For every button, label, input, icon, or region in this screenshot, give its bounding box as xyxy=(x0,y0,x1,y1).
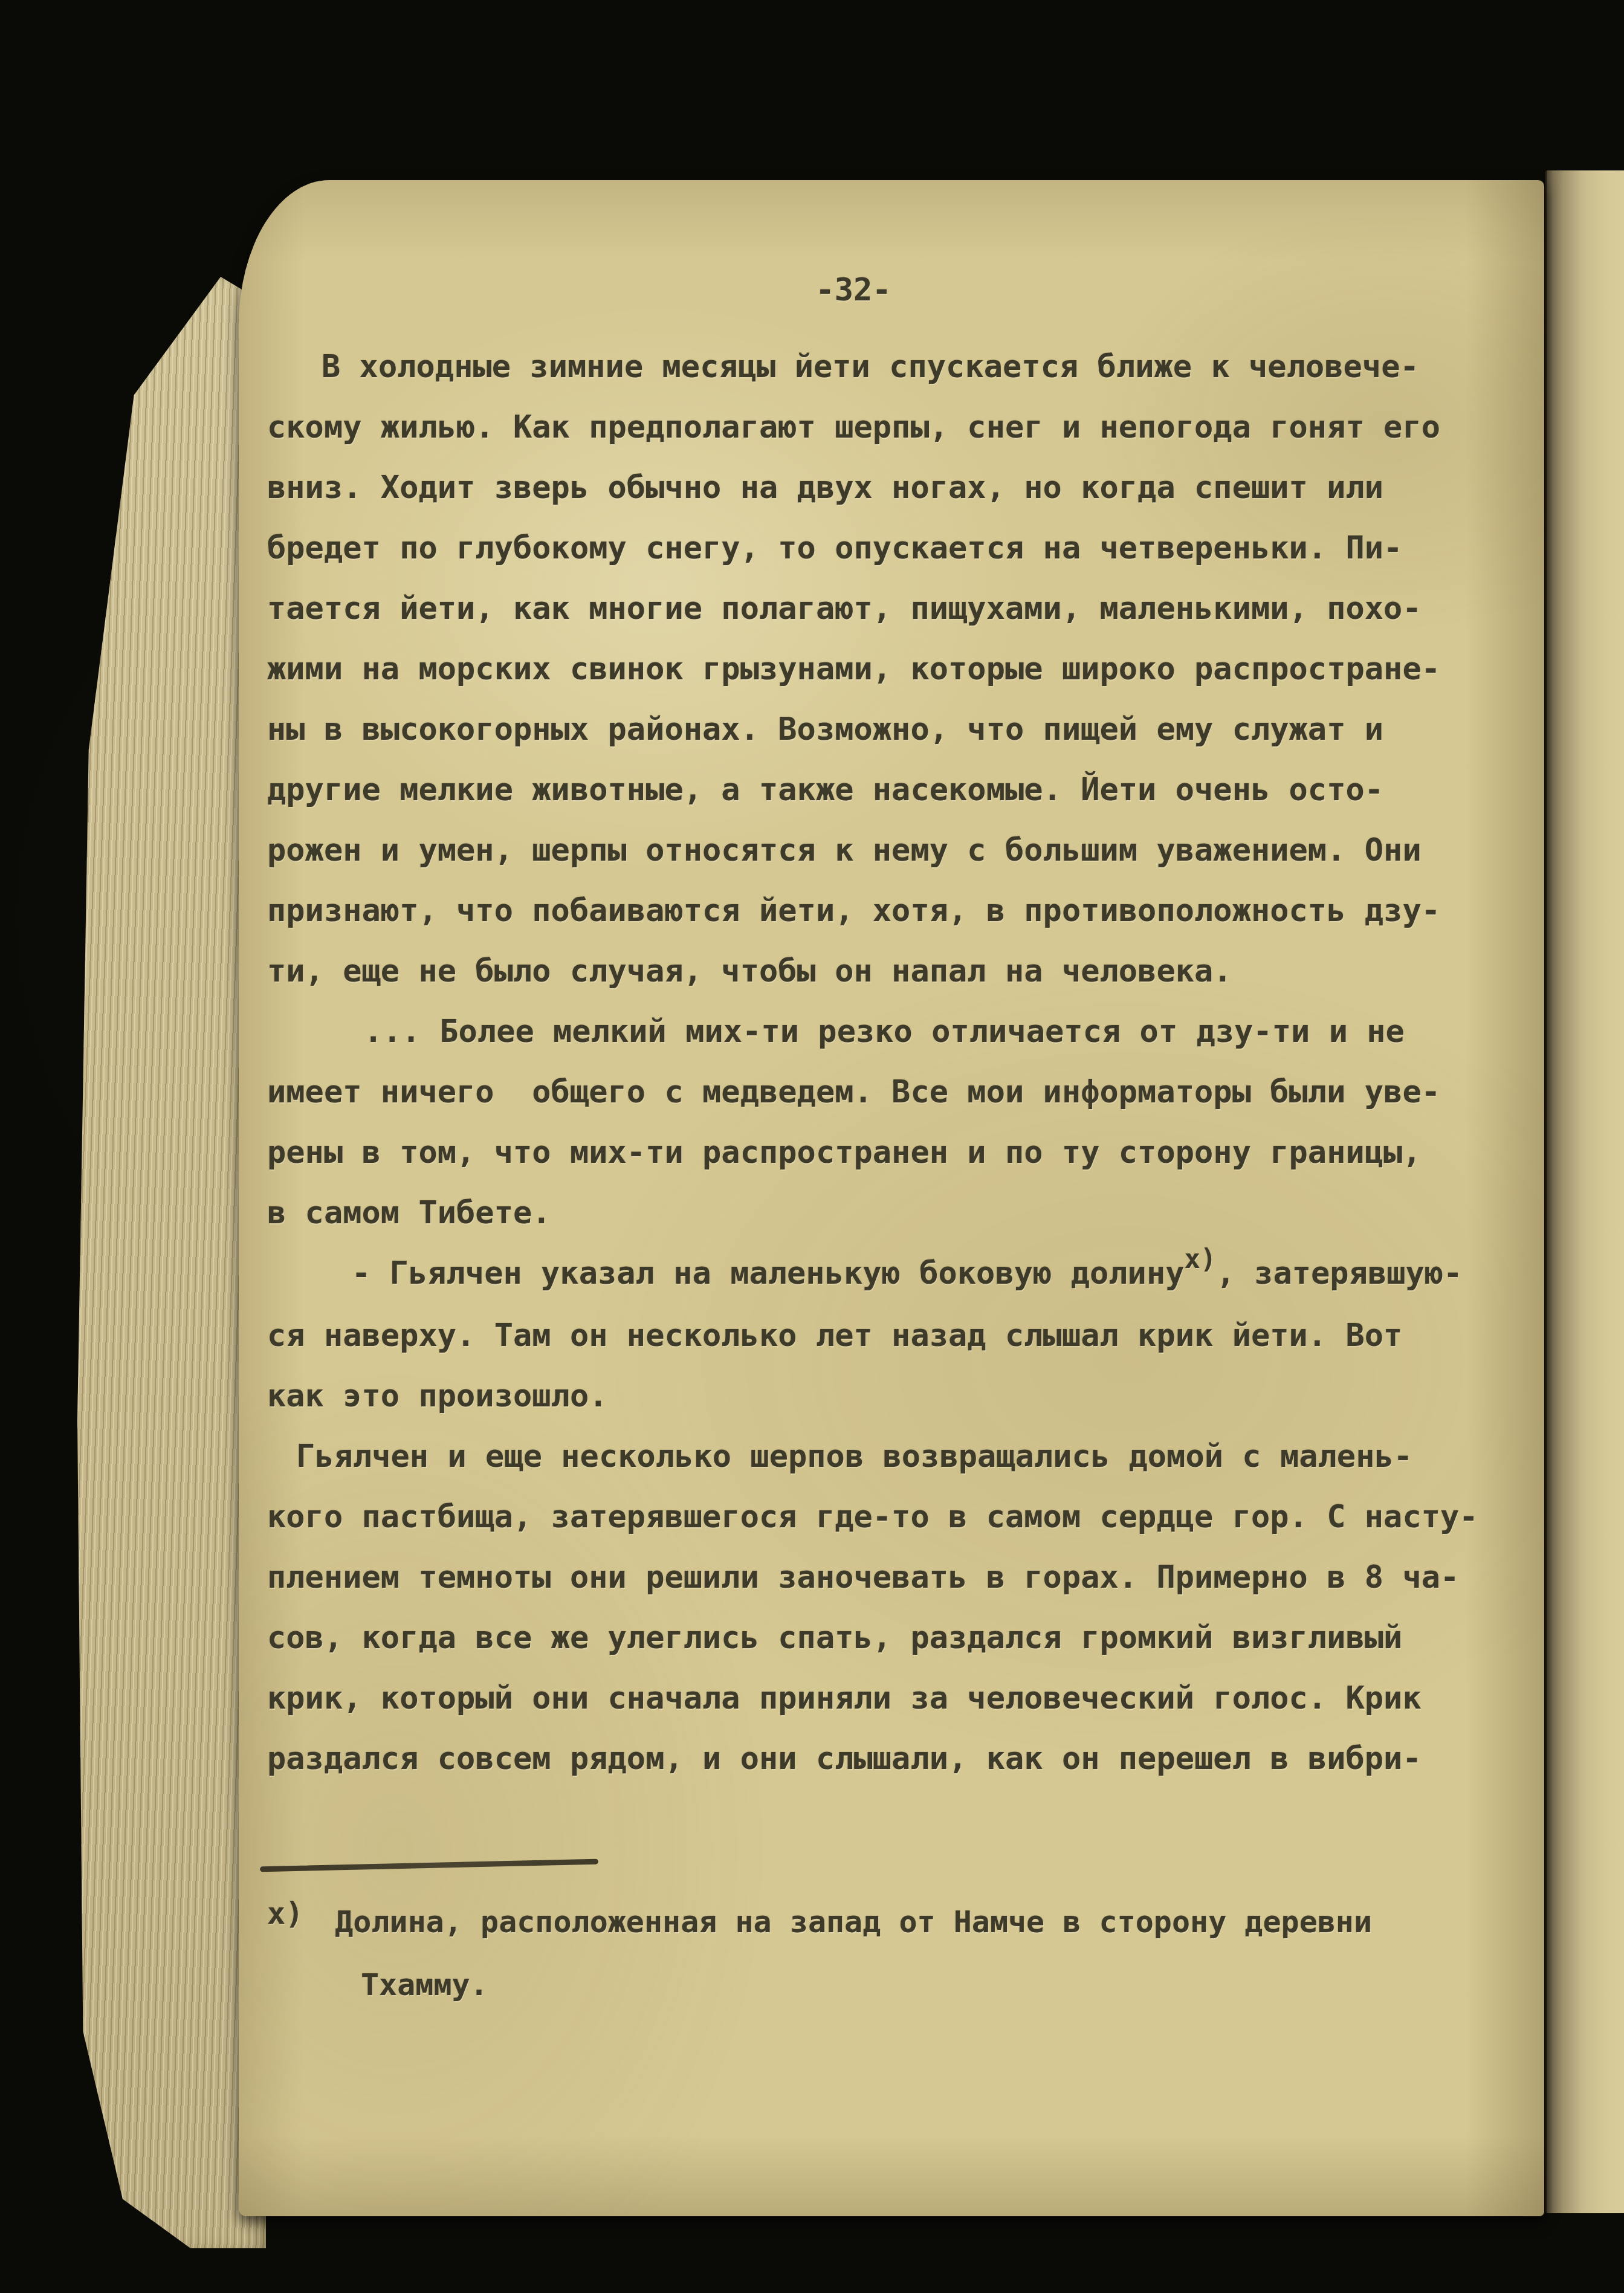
text-line: вниз. Ходит зверь обычно на двух ногах, … xyxy=(267,458,1524,518)
footnote-marker: х) xyxy=(267,1882,303,1945)
text-line-with-footnote-ref: - Гьялчен указал на маленькую боковую до… xyxy=(267,1243,1524,1305)
page-number-wrap: -32- xyxy=(267,273,1440,307)
body-text: В холодные зимние месяцы йети спускается… xyxy=(267,337,1524,1789)
footnote-text: Долина, расположенная на запад от Намче … xyxy=(335,1904,1372,1939)
text-line: В холодные зимние месяцы йети спускается… xyxy=(267,337,1524,397)
text-line: рены в том, что мих-ти распространен и п… xyxy=(267,1122,1524,1183)
text-line: плением темноты они решили заночевать в … xyxy=(267,1547,1524,1608)
text-line: ти, еще не было случая, чтобы он напал н… xyxy=(267,941,1524,1001)
text-line: тается йети, как многие полагают, пищуха… xyxy=(267,578,1524,639)
text-line: имеет ничего общего с медведем. Все мои … xyxy=(267,1062,1524,1122)
next-page-sliver xyxy=(1545,170,1624,2213)
text-line: ся наверху. Там он несколько лет назад с… xyxy=(267,1305,1524,1366)
text-line: жими на морских свинок грызунами, которы… xyxy=(267,639,1524,699)
text-line: раздался совсем рядом, и они слышали, ка… xyxy=(267,1729,1524,1789)
text-line: другие мелкие животные, а также насекомы… xyxy=(267,760,1524,820)
text-line: сов, когда все же улеглись спать, раздал… xyxy=(267,1608,1524,1668)
text-line: признают, что побаиваются йети, хотя, в … xyxy=(267,881,1524,941)
text-line: кого пастбища, затерявшегося где-то в са… xyxy=(267,1487,1524,1547)
page-number: -32- xyxy=(815,273,891,307)
footnote: х)Долина, расположенная на запад от Намч… xyxy=(267,1890,1476,2016)
text-line: ны в высокогорных районах. Возможно, что… xyxy=(267,699,1524,760)
text-line: в самом Тибете. xyxy=(267,1183,1524,1243)
text-line: Гьялчен и еще несколько шерпов возвращал… xyxy=(267,1426,1524,1487)
text-line: рожен и умен, шерпы относятся к нему с б… xyxy=(267,820,1524,881)
text-line: скому жилью. Как предполагают шерпы, сне… xyxy=(267,397,1524,458)
footnote-line: х)Долина, расположенная на запад от Намч… xyxy=(267,1890,1476,1953)
text-line: ... Более мелкий мих-ти резко отличается… xyxy=(267,1001,1524,1062)
text-line: как это произошло. xyxy=(267,1366,1524,1426)
text-line: бредет по глубокому снегу, то опускается… xyxy=(267,518,1524,578)
text-segment: , затерявшую- xyxy=(1216,1255,1462,1292)
text-segment: - Гьялчен указал на маленькую боковую до… xyxy=(352,1255,1185,1292)
text-line: крик, который они сначала приняли за чел… xyxy=(267,1668,1524,1729)
footnote-reference-superscript: х) xyxy=(1185,1229,1217,1290)
footnote-line: Тхамму. xyxy=(267,1953,1476,2016)
page-stack-fore-edge xyxy=(77,277,266,2248)
book-page-photo: -32- В холодные зимние месяцы йети спуск… xyxy=(0,0,1624,2293)
